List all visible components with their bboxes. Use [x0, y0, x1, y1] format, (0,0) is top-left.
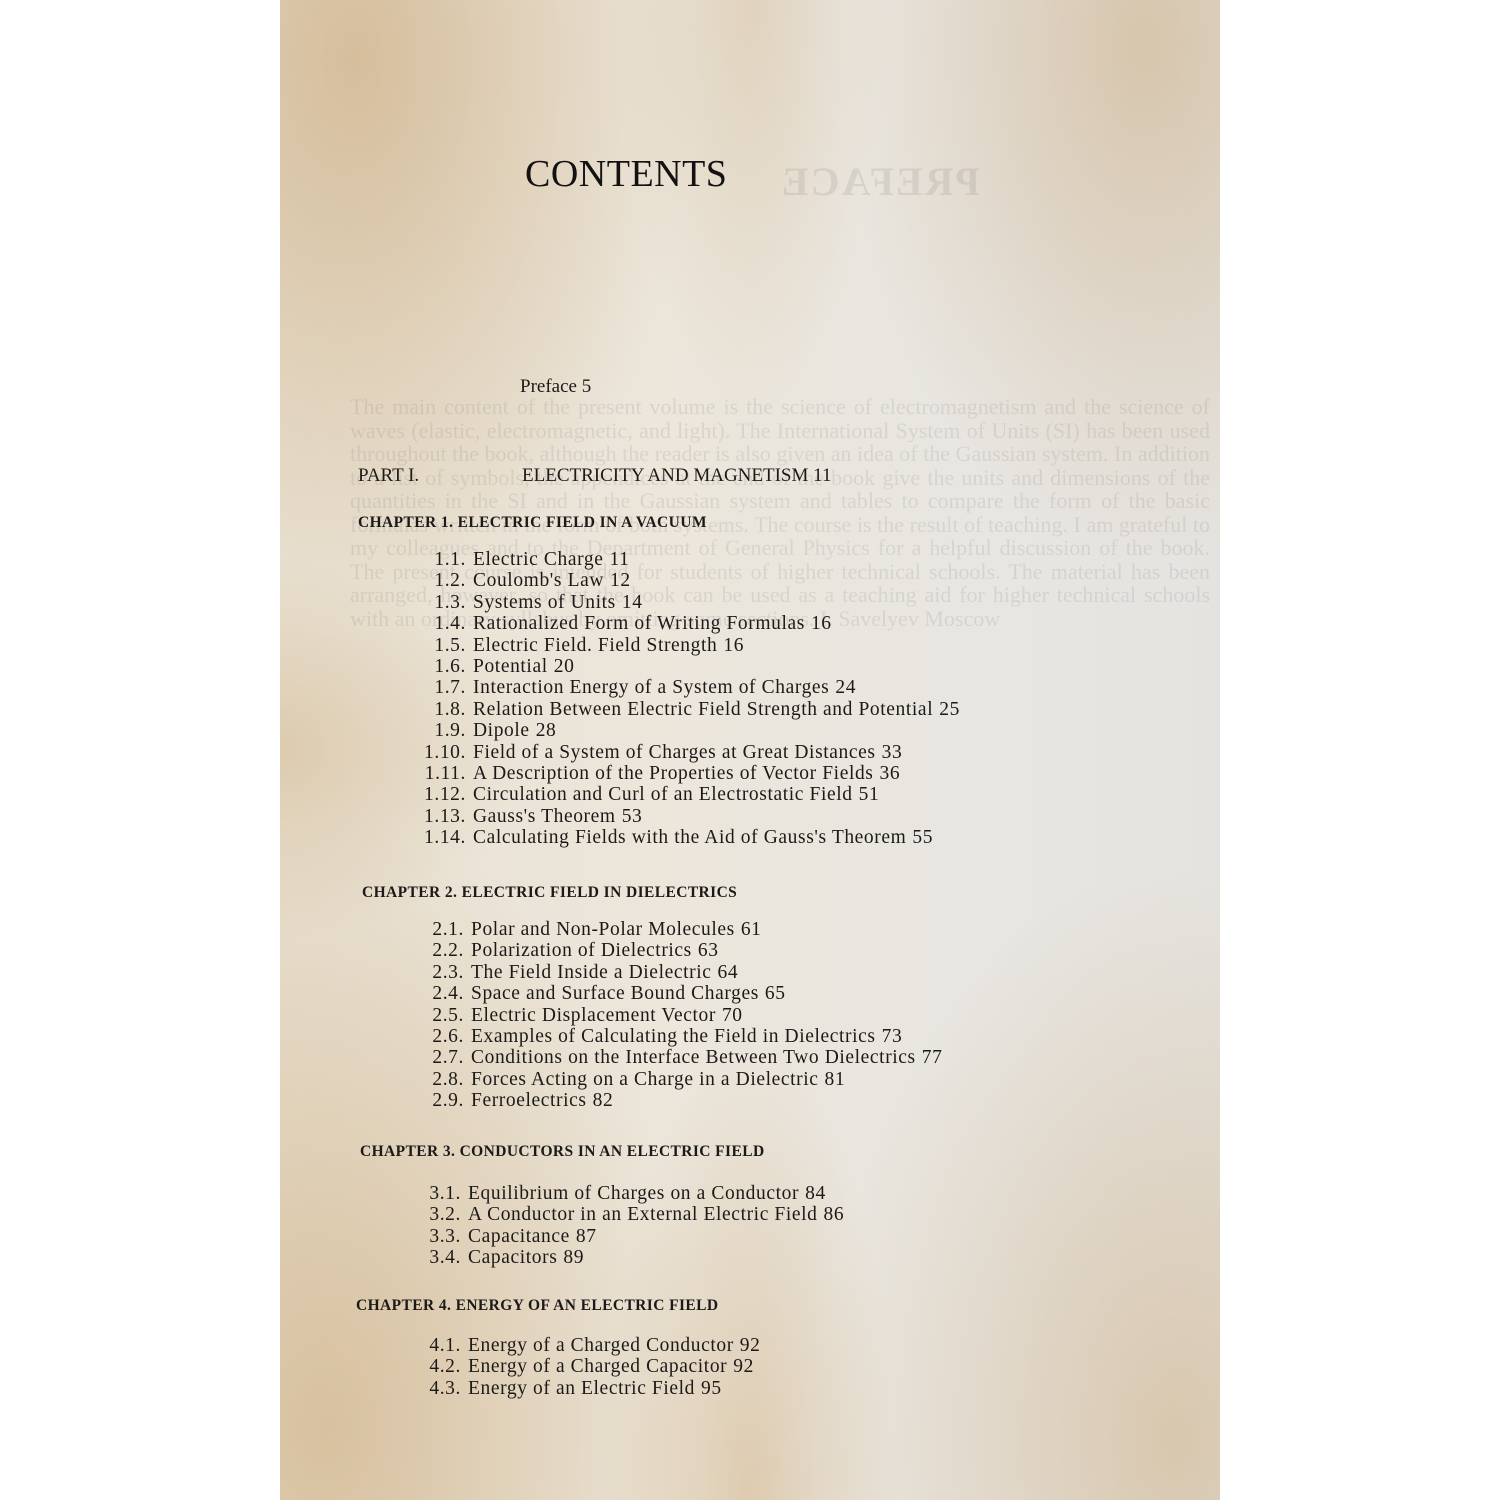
section-number: 1.14. [422, 827, 466, 848]
section-page-number: 86 [824, 1204, 845, 1225]
toc-section-entry[interactable]: 2.3.The Field Inside a Dielectric64 [420, 962, 942, 983]
toc-section-entry[interactable]: 1.4.Rationalized Form of Writing Formula… [422, 613, 960, 634]
toc-section-entry[interactable]: 1.11.A Description of the Properties of … [422, 763, 960, 784]
section-page-number: 84 [805, 1183, 826, 1204]
section-title: Conditions on the Interface Between Two … [471, 1047, 916, 1068]
section-number: 3.2. [417, 1204, 461, 1225]
section-title: Calculating Fields with the Aid of Gauss… [473, 827, 906, 848]
section-page-number: 33 [882, 742, 903, 763]
section-page-number: 20 [554, 656, 575, 677]
section-number: 2.9. [420, 1090, 464, 1111]
section-list: 1.1.Electric Charge111.2.Coulomb's Law12… [422, 549, 960, 849]
section-title: Interaction Energy of a System of Charge… [473, 677, 829, 698]
section-number: 1.12. [422, 784, 466, 805]
toc-section-entry[interactable]: 1.5.Electric Field. Field Strength16 [422, 635, 960, 656]
section-number: 2.3. [420, 962, 464, 983]
chapter-title: ELECTRIC FIELD IN A VACUUM [458, 514, 707, 531]
section-number: 3.4. [417, 1247, 461, 1268]
section-number: 4.3. [417, 1378, 461, 1399]
section-title: Energy of a Charged Capacitor [468, 1356, 727, 1377]
part-page: 11 [813, 465, 831, 486]
section-page-number: 14 [622, 592, 643, 613]
section-title: Energy of a Charged Conductor [468, 1335, 734, 1356]
toc-section-entry[interactable]: 2.5.Electric Displacement Vector70 [420, 1005, 942, 1026]
toc-section-entry[interactable]: 1.8.Relation Between Electric Field Stre… [422, 699, 960, 720]
chapter-heading[interactable]: CHAPTER 1. ELECTRIC FIELD IN A VACUUM [358, 514, 707, 532]
section-title: Examples of Calculating the Field in Die… [471, 1026, 876, 1047]
section-title: The Field Inside a Dielectric [471, 962, 711, 983]
section-page-number: 53 [622, 806, 643, 827]
preface-label: Preface [520, 376, 577, 397]
section-number: 2.1. [420, 919, 464, 940]
toc-section-entry[interactable]: 1.2.Coulomb's Law12 [422, 570, 960, 591]
chapter-label: CHAPTER [356, 1297, 435, 1314]
toc-section-entry[interactable]: 2.1.Polar and Non-Polar Molecules61 [420, 919, 942, 940]
toc-section-entry[interactable]: 1.13.Gauss's Theorem53 [422, 806, 960, 827]
toc-entry-preface[interactable]: Preface 5 [520, 376, 591, 398]
section-number: 4.2. [417, 1356, 461, 1377]
toc-section-entry[interactable]: 3.4.Capacitors89 [417, 1247, 844, 1268]
chapter-number: 2. [445, 884, 457, 901]
section-title: A Description of the Properties of Vecto… [473, 763, 874, 784]
section-title: Equilibrium of Charges on a Conductor [468, 1183, 799, 1204]
section-page-number: 92 [740, 1335, 761, 1356]
toc-section-entry[interactable]: 1.9.Dipole28 [422, 720, 960, 741]
page-title: CONTENTS [525, 152, 727, 196]
section-page-number: 65 [765, 983, 786, 1004]
section-page-number: 61 [741, 919, 762, 940]
section-page-number: 87 [576, 1226, 597, 1247]
section-page-number: 24 [835, 677, 856, 698]
section-number: 4.1. [417, 1335, 461, 1356]
section-page-number: 64 [717, 962, 738, 983]
section-number: 3.1. [417, 1183, 461, 1204]
section-number: 2.6. [420, 1026, 464, 1047]
toc-section-entry[interactable]: 3.1.Equilibrium of Charges on a Conducto… [417, 1183, 844, 1204]
preface-page: 5 [582, 376, 592, 397]
section-list: 2.1.Polar and Non-Polar Molecules612.2.P… [420, 919, 942, 1112]
section-number: 1.4. [422, 613, 466, 634]
section-page-number: 77 [922, 1047, 943, 1068]
toc-section-entry[interactable]: 2.9.Ferroelectrics82 [420, 1090, 942, 1111]
part-title: ELECTRICITY AND MAGNETISM [522, 465, 808, 486]
section-number: 1.8. [422, 699, 466, 720]
section-number: 1.5. [422, 635, 466, 656]
section-page-number: 28 [536, 720, 557, 741]
toc-section-entry[interactable]: 2.2.Polarization of Dielectrics63 [420, 940, 942, 961]
chapter-number: 4. [439, 1297, 451, 1314]
section-title: Potential [473, 656, 548, 677]
section-page-number: 16 [811, 613, 832, 634]
toc-section-entry[interactable]: 4.1.Energy of a Charged Conductor92 [417, 1335, 761, 1356]
section-number: 2.5. [420, 1005, 464, 1026]
section-page-number: 82 [593, 1090, 614, 1111]
toc-section-entry[interactable]: 1.1.Electric Charge11 [422, 549, 960, 570]
section-title: A Conductor in an External Electric Fiel… [468, 1204, 818, 1225]
section-page-number: 36 [880, 763, 901, 784]
book-page: PREFACE The main content of the present … [280, 0, 1220, 1500]
section-title: Electric Displacement Vector [471, 1005, 716, 1026]
section-title: Systems of Units [473, 592, 616, 613]
section-title: Relation Between Electric Field Strength… [473, 699, 933, 720]
chapter-label: CHAPTER [360, 1143, 439, 1160]
section-page-number: 51 [859, 784, 880, 805]
section-number: 1.7. [422, 677, 466, 698]
section-number: 1.10. [422, 742, 466, 763]
section-list: 4.1.Energy of a Charged Conductor924.2.E… [417, 1335, 761, 1399]
chapter-heading[interactable]: CHAPTER 4. ENERGY OF AN ELECTRIC FIELD [356, 1297, 718, 1315]
section-page-number: 92 [733, 1356, 754, 1377]
section-number: 1.11. [422, 763, 466, 784]
section-page-number: 89 [563, 1247, 584, 1268]
section-page-number: 12 [610, 570, 631, 591]
toc-section-entry[interactable]: 2.4.Space and Surface Bound Charges65 [420, 983, 942, 1004]
section-title: Capacitors [468, 1247, 557, 1268]
section-page-number: 81 [825, 1069, 846, 1090]
section-title: Field of a System of Charges at Great Di… [473, 742, 876, 763]
section-title: Electric Charge [473, 549, 603, 570]
section-title: Coulomb's Law [473, 570, 604, 591]
section-page-number: 63 [698, 940, 719, 961]
section-title: Ferroelectrics [471, 1090, 587, 1111]
show-through-title: PREFACE [780, 158, 980, 205]
chapter-number: 1. [441, 514, 453, 531]
section-number: 3.3. [417, 1226, 461, 1247]
section-number: 1.9. [422, 720, 466, 741]
section-list: 3.1.Equilibrium of Charges on a Conducto… [417, 1183, 844, 1269]
section-number: 2.7. [420, 1047, 464, 1068]
section-page-number: 70 [722, 1005, 743, 1026]
toc-section-entry[interactable]: 1.12.Circulation and Curl of an Electros… [422, 784, 960, 805]
section-number: 1.6. [422, 656, 466, 677]
toc-section-entry[interactable]: 1.14.Calculating Fields with the Aid of … [422, 827, 960, 848]
toc-section-entry[interactable]: 2.7.Conditions on the Interface Between … [420, 1047, 942, 1068]
toc-section-entry[interactable]: 2.8.Forces Acting on a Charge in a Diele… [420, 1069, 942, 1090]
section-title: Forces Acting on a Charge in a Dielectri… [471, 1069, 819, 1090]
toc-section-entry[interactable]: 1.3.Systems of Units14 [422, 592, 960, 613]
chapter-title: ENERGY OF AN ELECTRIC FIELD [456, 1297, 719, 1314]
chapter-title: ELECTRIC FIELD IN DIELECTRICS [462, 884, 738, 901]
chapter-heading[interactable]: CHAPTER 2. ELECTRIC FIELD IN DIELECTRICS [362, 884, 737, 902]
section-number: 1.13. [422, 806, 466, 827]
chapter-heading[interactable]: CHAPTER 3. CONDUCTORS IN AN ELECTRIC FIE… [360, 1143, 765, 1161]
toc-section-entry[interactable]: 1.10.Field of a System of Charges at Gre… [422, 742, 960, 763]
section-number: 1.1. [422, 549, 466, 570]
section-title: Space and Surface Bound Charges [471, 983, 759, 1004]
section-page-number: 11 [609, 549, 629, 570]
part-number: PART I. [358, 465, 522, 487]
toc-section-entry[interactable]: 4.2.Energy of a Charged Capacitor92 [417, 1356, 761, 1377]
section-page-number: 25 [939, 699, 960, 720]
section-title: Rationalized Form of Writing Formulas [473, 613, 805, 634]
chapter-title: CONDUCTORS IN AN ELECTRIC FIELD [460, 1143, 765, 1160]
section-title: Capacitance [468, 1226, 570, 1247]
section-title: Polar and Non-Polar Molecules [471, 919, 735, 940]
toc-section-entry[interactable]: 3.2.A Conductor in an External Electric … [417, 1204, 844, 1225]
section-number: 1.3. [422, 592, 466, 613]
section-title: Gauss's Theorem [473, 806, 616, 827]
toc-section-entry[interactable]: 2.6.Examples of Calculating the Field in… [420, 1026, 942, 1047]
toc-section-entry[interactable]: 1.7.Interaction Energy of a System of Ch… [422, 677, 960, 698]
section-title: Polarization of Dielectrics [471, 940, 692, 961]
chapter-label: CHAPTER [358, 514, 437, 531]
toc-entry-part[interactable]: PART I.ELECTRICITY AND MAGNETISM 11 [358, 465, 831, 487]
section-number: 2.2. [420, 940, 464, 961]
section-number: 1.2. [422, 570, 466, 591]
section-page-number: 55 [912, 827, 933, 848]
section-number: 2.8. [420, 1069, 464, 1090]
section-title: Circulation and Curl of an Electrostatic… [473, 784, 853, 805]
section-page-number: 16 [723, 635, 744, 656]
chapter-label: CHAPTER [362, 884, 441, 901]
section-page-number: 73 [882, 1026, 903, 1047]
section-title: Electric Field. Field Strength [473, 635, 717, 656]
toc-section-entry[interactable]: 4.3.Energy of an Electric Field95 [417, 1378, 761, 1399]
toc-section-entry[interactable]: 1.6.Potential20 [422, 656, 960, 677]
section-page-number: 95 [701, 1378, 722, 1399]
section-title: Energy of an Electric Field [468, 1378, 695, 1399]
section-title: Dipole [473, 720, 530, 741]
toc-section-entry[interactable]: 3.3.Capacitance87 [417, 1226, 844, 1247]
chapter-number: 3. [443, 1143, 455, 1160]
section-number: 2.4. [420, 983, 464, 1004]
